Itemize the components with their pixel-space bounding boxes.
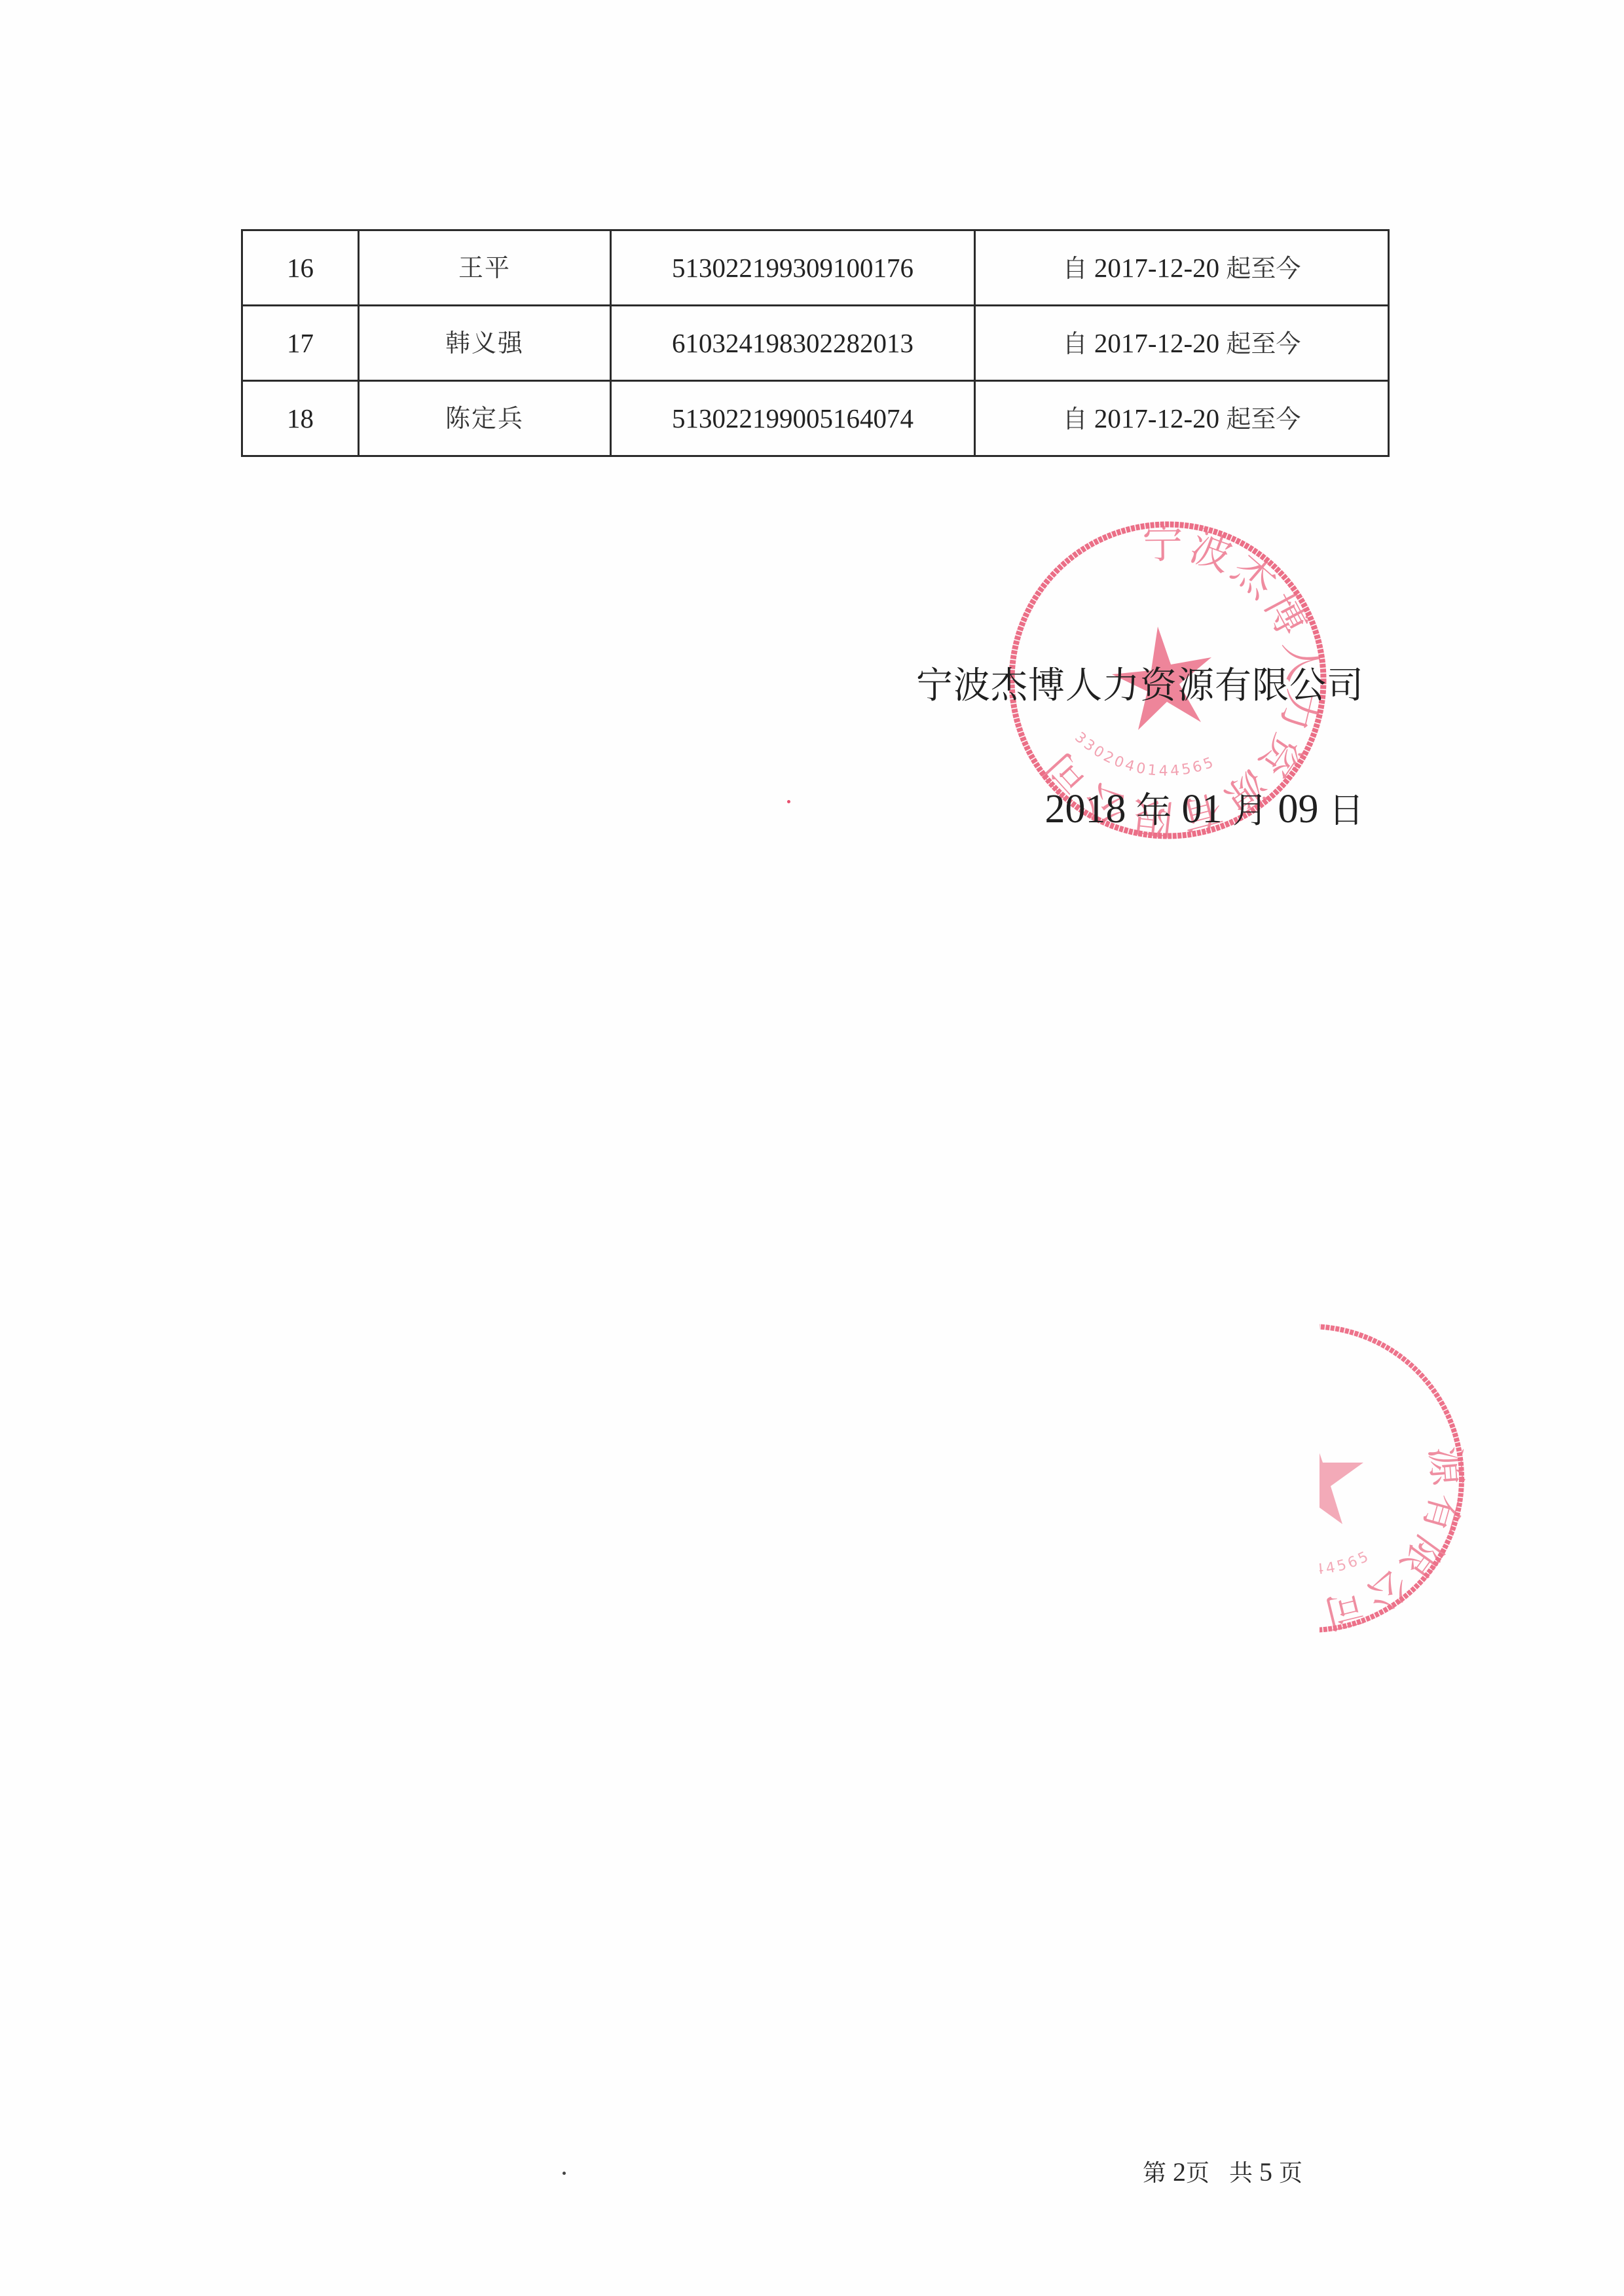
period-date: 2017-12-20 <box>1094 253 1219 283</box>
table-row: 18 陈定兵 513022199005164074 自 2017-12-20 起… <box>242 381 1389 456</box>
employee-name-cell: 陈定兵 <box>359 381 611 456</box>
scan-speck <box>787 800 790 803</box>
svg-text:3302040144565: 3302040144565 <box>1071 729 1218 780</box>
page-prefix: 第 <box>1143 2160 1166 2187</box>
row-number-cell: 18 <box>242 381 359 456</box>
star-icon <box>1319 1425 1363 1524</box>
date-month-label: 月 <box>1232 790 1268 831</box>
date-year-label: 年 <box>1136 790 1172 831</box>
date-month: 01 <box>1182 787 1223 831</box>
cross-seal-serial: 44565 <box>1319 1548 1373 1578</box>
period-suffix: 起至今 <box>1226 254 1301 283</box>
date-day: 09 <box>1278 787 1319 831</box>
table-row: 17 韩义强 610324198302282013 自 2017-12-20 起… <box>242 306 1389 381</box>
document-page: 16 王平 513022199309100176 自 2017-12-20 起至… <box>0 0 1624 2296</box>
period-date: 2017-12-20 <box>1094 328 1219 358</box>
period-suffix: 起至今 <box>1226 329 1301 358</box>
page-mid: 页 <box>1186 2160 1209 2187</box>
svg-text:源有限公司: 源有限公司 <box>1319 1445 1470 1638</box>
id-number-cell: 610324198302282013 <box>611 306 975 381</box>
employee-name-cell: 王平 <box>359 230 611 306</box>
id-number-cell: 513022199005164074 <box>611 381 975 456</box>
svg-text:44565: 44565 <box>1319 1548 1373 1578</box>
id-number-cell: 513022199309100176 <box>611 230 975 306</box>
cross-page-seal-graphic: 源有限公司 44565 <box>1319 1316 1473 1640</box>
date-year: 2018 <box>1045 787 1126 831</box>
page-total-prefix: 共 <box>1229 2160 1253 2187</box>
period-prefix: 自 <box>1063 254 1088 283</box>
cross-page-seal: 源有限公司 44565 <box>1319 1316 1477 1640</box>
period-prefix: 自 <box>1063 329 1088 358</box>
seal-serial: 3302040144565 <box>1071 729 1218 780</box>
page-current: 2 <box>1173 2157 1186 2187</box>
row-number-cell: 17 <box>242 306 359 381</box>
signature-date: 2018 年 01 月 09 日 <box>1045 789 1365 829</box>
period-prefix: 自 <box>1063 405 1088 433</box>
employment-period-cell: 自 2017-12-20 起至今 <box>975 381 1389 456</box>
employment-period-cell: 自 2017-12-20 起至今 <box>975 306 1389 381</box>
row-number-cell: 16 <box>242 230 359 306</box>
employment-period-cell: 自 2017-12-20 起至今 <box>975 230 1389 306</box>
page-total: 5 <box>1259 2157 1272 2187</box>
period-date: 2017-12-20 <box>1094 403 1219 433</box>
date-day-label: 日 <box>1329 790 1364 831</box>
employee-name-cell: 韩义强 <box>359 306 611 381</box>
table-row: 16 王平 513022199309100176 自 2017-12-20 起至… <box>242 230 1389 306</box>
cross-seal-ring-text: 源有限公司 <box>1319 1445 1470 1638</box>
period-suffix: 起至今 <box>1226 405 1301 433</box>
employee-roster-table: 16 王平 513022199309100176 自 2017-12-20 起至… <box>241 229 1390 457</box>
page-number: 第 2页 共 5 页 <box>1143 2159 1302 2185</box>
signatory-company-name: 宁波杰博人力资源有限公司 <box>916 668 1364 704</box>
page-suffix: 页 <box>1279 2160 1302 2187</box>
scan-speck <box>563 2172 566 2175</box>
